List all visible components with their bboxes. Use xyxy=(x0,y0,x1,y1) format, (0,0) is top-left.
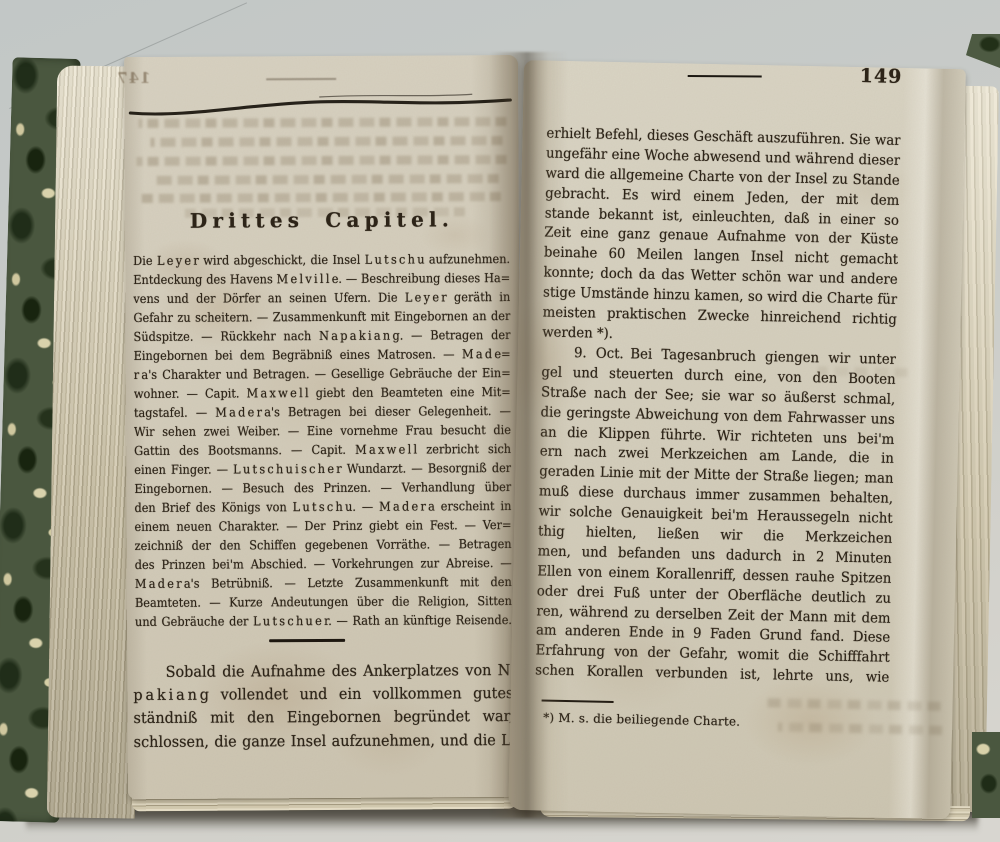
book-photo-scene: 147 Drittes Capitel. Die L e y e r wird … xyxy=(0,0,1000,842)
showthrough-text-line xyxy=(762,698,940,711)
summary-line: zeichniß der den Schiffen gegebenen Vorr… xyxy=(135,534,512,555)
summary-line: Gefahr zu scheitern. — Zusammenkunft mit… xyxy=(133,306,510,327)
body-line: ständniß mit den Eingebornen begründet w… xyxy=(133,705,513,730)
ink-header-line xyxy=(124,89,518,121)
showthrough-text-line xyxy=(153,174,499,185)
left-page: 147 Drittes Capitel. Die L e y e r wird … xyxy=(124,55,522,799)
chapter-title: Drittes Capitel. xyxy=(125,207,519,235)
showthrough-text-line xyxy=(778,722,942,734)
showthrough-text-line xyxy=(138,117,506,128)
summary-line: r a's Charakter und Betragen. — Gesellig… xyxy=(134,363,511,384)
faint-header-rule xyxy=(266,78,336,80)
summary-line: Die L e y e r wird abgeschickt, die Inse… xyxy=(133,249,510,270)
summary-line: einem neuen Charakter. — Der Prinz giebt… xyxy=(134,515,511,536)
showthrough-text-line xyxy=(137,155,507,166)
section-divider-rule xyxy=(269,639,345,642)
showthrough-page-number-147: 147 xyxy=(116,69,150,87)
showthrough-text-line xyxy=(150,136,502,147)
showthrough-text-line xyxy=(139,192,501,203)
chapter-summary: Die L e y e r wird abgeschickt, die Inse… xyxy=(133,249,512,631)
summary-line: Beamteten. — Kurze Andeutungen über die … xyxy=(135,591,512,612)
body-paragraph-left: Sobald die Aufnahme des Ankerplatzes von… xyxy=(133,659,513,754)
right-page: 149 erhielt Befehl, dieses Geschäft ausz… xyxy=(508,60,966,819)
summary-line: des Prinzen bei'm Abschied. — Vorkehrung… xyxy=(135,553,512,574)
summary-line: tagstafel. — M a d e r a's Betragen bei … xyxy=(134,401,511,422)
body-line: Sobald die Aufnahme des Ankerplatzes von… xyxy=(133,659,513,684)
summary-line: Entdeckung des Havens M e l v i l l e. —… xyxy=(133,268,510,289)
summary-line: den Brief des Königs von L u t s c h u. … xyxy=(134,496,511,517)
summary-line: und Gebräuche der L u t s c h u e r. — R… xyxy=(135,610,512,631)
summary-line: Südspitze. — Rückkehr nach N a p a k i a… xyxy=(133,325,510,346)
summary-line: vens und der Dörfer an seinen Ufern. Die… xyxy=(133,287,510,308)
body-paragraph-2: 9. Oct. Bei Tagesanbruch giengen wir unt… xyxy=(535,343,896,688)
book-cover-right-bottom-corner xyxy=(972,732,1000,818)
footnote: *) M. s. die beiliegende Charte. xyxy=(543,711,740,729)
page-number: 149 xyxy=(860,65,903,88)
body-line: schlossen, die ganze Insel aufzunehmen, … xyxy=(134,729,514,754)
summary-line: wohner. — Capit. M a x w e l l giebt den… xyxy=(134,382,511,403)
body-paragraph-1: erhielt Befehl, dieses Geschäft auszufüh… xyxy=(542,124,901,350)
header-rule xyxy=(688,75,762,78)
summary-line: Wir sehen zwei Weiber. — Eine vornehme F… xyxy=(134,420,511,441)
summary-line: einen Finger. — L u t s c h u i s c h e … xyxy=(134,458,511,479)
body-line: p a k i a n g vollendet und ein vollkomm… xyxy=(133,682,513,707)
showthrough-text-line xyxy=(817,366,907,377)
summary-line: Eingebornen. — Besuch des Prinzen. — Ver… xyxy=(134,477,511,498)
summary-line: Eingebornen bei dem Begräbniß eines Matr… xyxy=(134,344,511,365)
summary-line: Gattin des Bootsmanns. — Capit. M a x w … xyxy=(134,439,511,460)
summary-line: M a d e r a's Betrübniß. — Letzte Zusamm… xyxy=(135,572,512,593)
footnote-rule xyxy=(542,700,614,704)
